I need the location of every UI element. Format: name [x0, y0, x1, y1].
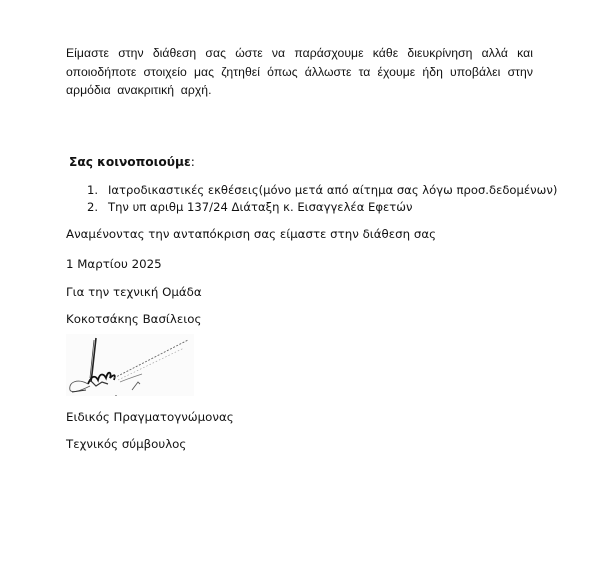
intro-paragraph: Είμαστε στην διάθεση σας ώστε να παράσχο… — [66, 44, 533, 100]
document-page: Είμαστε στην διάθεση σας ώστε να παράσχο… — [0, 0, 597, 572]
list-item: 2. Την υπ αριθμ 137/24 Διάταξη κ. Εισαγγ… — [87, 199, 557, 216]
list-item-text: Ιατροδικαστικές εκθέσεις(μόνο μετά από α… — [108, 182, 557, 199]
signer-title-advisor: Τεχνικός σύμβουλος — [66, 437, 186, 451]
attachments-list: 1. Ιατροδικαστικές εκθέσεις(μόνο μετά απ… — [87, 182, 557, 216]
list-item-number: 2. — [87, 199, 108, 216]
document-date: 1 Μαρτίου 2025 — [66, 257, 162, 271]
signer-name: Κοκοτσάκης Βασίλειος — [66, 312, 201, 326]
on-behalf-line: Για την τεχνική Ομάδα — [66, 285, 202, 299]
notify-heading: Σας κοινοποιούμε: — [69, 155, 195, 169]
notify-heading-text: Σας κοινοποιούμε — [69, 155, 191, 169]
awaiting-response-line: Αναμένοντας την ανταπόκριση σας είμαστε … — [66, 227, 436, 241]
signature-icon — [66, 334, 194, 396]
list-item-text: Την υπ αριθμ 137/24 Διάταξη κ. Εισαγγελέ… — [108, 199, 412, 216]
list-item: 1. Ιατροδικαστικές εκθέσεις(μόνο μετά απ… — [87, 182, 557, 199]
list-item-number: 1. — [87, 182, 108, 199]
signer-title-expert: Ειδικός Πραγματογνώμονας — [66, 410, 234, 424]
notify-heading-colon: : — [191, 155, 195, 169]
